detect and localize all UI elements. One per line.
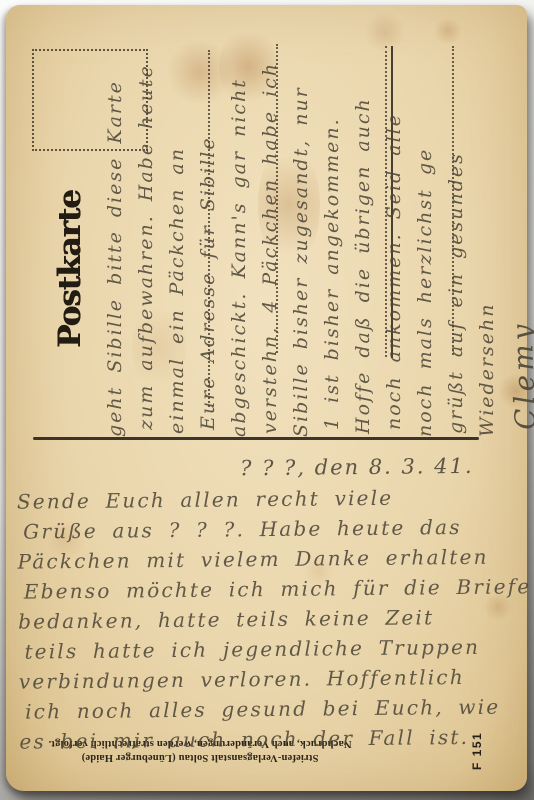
section-divider-line [33, 437, 479, 440]
handwritten-line: Hoffe daß die übrigen auch [348, 5, 379, 437]
handwritten-line: abgeschickt. Kann's gar nicht [224, 5, 255, 437]
handwritten-line: noch ankommen. Seid alle [379, 5, 410, 437]
message-bottom: ? ? ?, den 8. 3. 41. Sende Euch allen re… [16, 450, 524, 756]
handwritten-line: Eure Adresse für Sibille [193, 5, 224, 437]
handwritten-line: verstehn, 4 Päckchen habe ich [255, 5, 286, 437]
handwritten-line: 1 ist bisher angekommen. [317, 5, 348, 437]
handwritten-line: noch mals herzlichst ge [410, 5, 441, 437]
handwritten-line: zum aufbewahren. Habe heute [131, 5, 162, 437]
handwritten-line: Sibille bisher zugesandt, nur [286, 5, 317, 437]
handwritten-line: geht Sibille bitte diese Karte [100, 5, 131, 437]
handwritten-line: grüßt auf ein gesundes [441, 5, 472, 437]
postcard-back: Postkarte geht Sibille bitte diese Karte… [6, 5, 527, 791]
handwritten-line: einmal ein Päckchen an [162, 5, 193, 437]
message-top-rotated: geht Sibille bitte diese Karte zum aufbe… [100, 5, 534, 437]
handwritten-line: es bei mir auch noch der Fall ist. [19, 721, 524, 756]
